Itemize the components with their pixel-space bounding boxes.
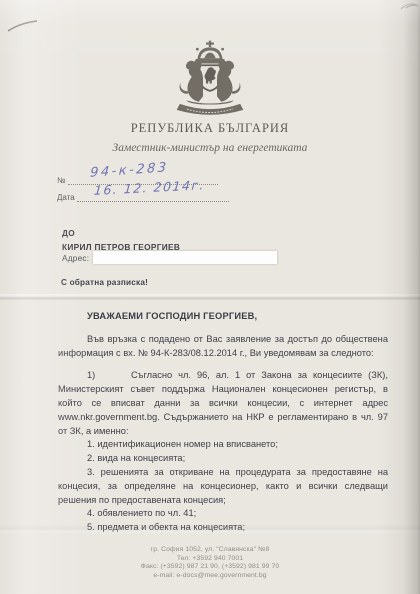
recipient-block: ДО КИРИЛ ПЕТРОВ ГЕОРГИЕВ <box>62 227 180 254</box>
salutation: УВАЖАЕМИ ГОСПОДИН ГЕОРГИЕВ, <box>58 310 388 324</box>
letter-body: УВАЖАЕМИ ГОСПОДИН ГЕОРГИЕВ, Във връзка с… <box>58 310 388 535</box>
list-item: 2. вида на концесията; <box>58 452 388 466</box>
paper-fold-crease <box>0 294 420 300</box>
footer-phone: Тел: +3592 940 7001 <box>0 555 420 564</box>
list-item: 4. обявлението по чл. 41; <box>58 507 388 521</box>
address-label: Адрес: <box>62 253 89 263</box>
paper-fold-crease-lower <box>0 524 420 534</box>
corner-smudge-mark <box>398 0 420 12</box>
footer-email: e-mail: e-docs@mee.government.bg <box>0 572 420 581</box>
footer-address: гр. София 1052, ул. "Славянска" №8 <box>0 546 420 555</box>
ministry-footer: гр. София 1052, ул. "Славянска" №8 Тел: … <box>0 546 420 580</box>
redacted-address-box <box>93 251 277 264</box>
to-label: ДО <box>62 227 180 241</box>
number-label: № <box>57 176 68 185</box>
bulgaria-coat-of-arms-icon <box>167 40 253 120</box>
date-label: Дата <box>57 193 77 202</box>
list-item: 3. решенията за откриване на процедурата… <box>58 466 388 507</box>
pen-scratch-mark <box>6 16 42 34</box>
office-title: Заместник-министър на енергетиката <box>0 142 420 154</box>
footer-fax: Факс: (+3592) 987 21 90, (+3592) 981 99 … <box>0 563 420 572</box>
delivery-note: С обратна разписка! <box>61 278 148 287</box>
point-1-paragraph: 1) Съгласно чл. 96, ал. 1 от Закона за к… <box>58 369 388 438</box>
intro-paragraph: Във връзка с подадено от Вас заявление з… <box>58 333 388 361</box>
list-item: 1. идентификационен номер на вписването; <box>58 438 388 452</box>
address-row: Адрес: <box>62 251 277 264</box>
republic-title: РЕПУБЛИКА БЪЛГАРИЯ <box>0 121 420 136</box>
scanned-letter-page: РЕПУБЛИКА БЪЛГАРИЯ Заместник-министър на… <box>0 0 420 594</box>
